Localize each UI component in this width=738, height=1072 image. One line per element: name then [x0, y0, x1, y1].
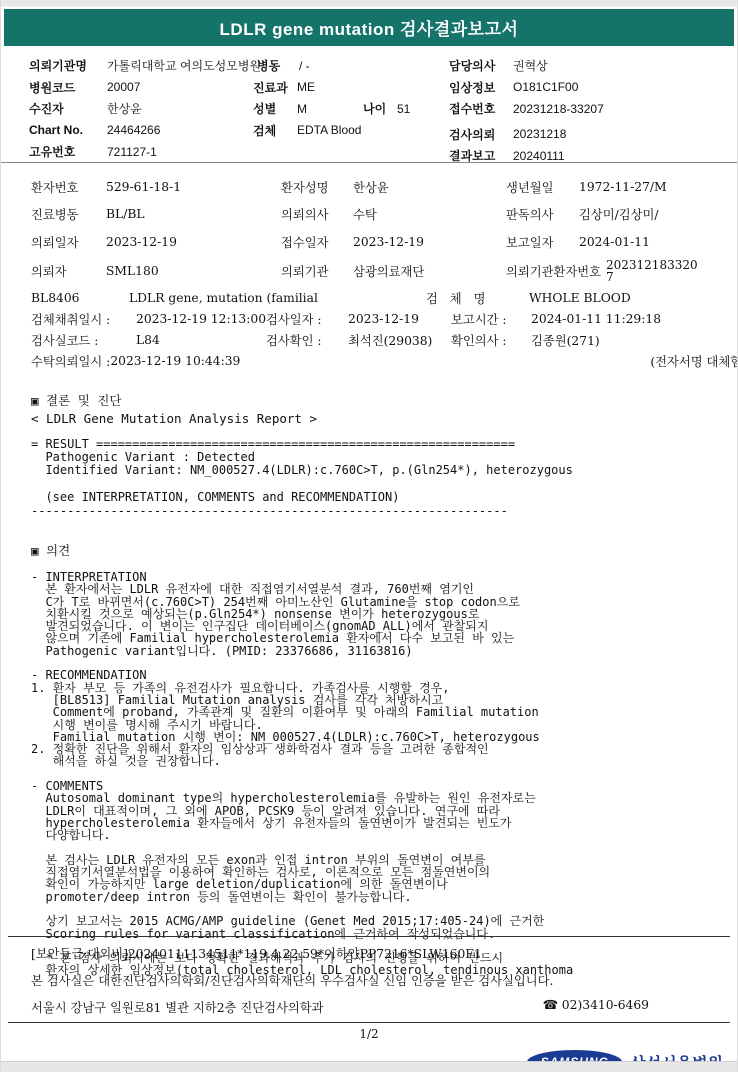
clinical-label: 임상정보 [449, 79, 513, 96]
recv-date-value: 2023-12-19 [353, 235, 506, 249]
ref-doc-label: 의뢰의사 [281, 205, 353, 223]
org-label: 의뢰기관명 [29, 57, 107, 74]
row-request-date: 검사의뢰 20231218 [449, 124, 737, 146]
patient-name-value: 한상윤 [353, 178, 506, 196]
row-uid: 고유번호 721127-1 [29, 141, 449, 163]
lab-code-value: L84 [136, 333, 266, 347]
report-label: 결과보고 [449, 147, 513, 164]
address-row: 서울시 강남구 일원로81 별관 지하2층 진단검사의학과 ☎ 02)3410-… [1, 998, 737, 1016]
security-line: [보안등급:대외비]20240111134511*119.4.22.59*이하얀… [1, 944, 737, 962]
receipt-label: 접수번호 [449, 100, 513, 117]
result-block: = RESULT ===============================… [31, 438, 737, 518]
chart-label: Chart No. [29, 123, 107, 137]
ref-doc-value: 수탁 [353, 205, 506, 223]
accreditation-line: 본 검사실은 대한진단검사의학회/진단검사의학재단의 우수검사실 신임 인증을 … [1, 971, 737, 989]
order-info-left: 의뢰기관명 가톨릭대학교 여의도성모병원 병동 / - 병원코드 20007 진… [29, 55, 449, 158]
dept-label: 진료과 [253, 79, 297, 96]
opinion-header: ▣ 의견 [31, 544, 737, 558]
rep-date-label: 보고일자 [506, 233, 579, 251]
row-report-date: 결과보고 20240111 [449, 145, 737, 167]
request-value: 20231218 [513, 127, 566, 141]
ward-value: BL/BL [106, 207, 281, 221]
specimen-label: 검체 [253, 122, 297, 139]
ward-value: / - [299, 59, 310, 73]
patient-name-label: 환자성명 [281, 178, 353, 196]
specimen-name-value: WHOLE BLOOD [529, 291, 631, 305]
conclusion-section: ▣ 결론 및 진단 < LDLR Gene Mutation Analysis … [1, 394, 737, 518]
conclusion-header: ▣ 결론 및 진단 [31, 394, 737, 408]
confirm-doc-label: 확인의사 : [451, 331, 531, 349]
patient-row-2: 진료병동 BL/BL 의뢰의사 수탁 판독의사 김상미/김상미/ [1, 201, 737, 229]
birth-label: 생년월일 [506, 178, 579, 196]
lab-code-label: 검사실코드 : [31, 331, 136, 349]
test-date-value: 2023-12-19 [348, 312, 451, 326]
requester-label: 의뢰자 [31, 262, 106, 280]
age-value: 51 [397, 102, 410, 116]
test-row-3: 검사실코드 : L84 검사확인 : 최석진(29038) 확인의사 : 김종원… [1, 330, 737, 351]
patient-row-4: 의뢰자 SML180 의뢰기관 삼광의료재단 의뢰기관환자번호 20231218… [1, 256, 737, 286]
ward-label: 병동 [257, 57, 299, 74]
patient-section: 환자번호 529-61-18-1 환자성명 한상윤 생년월일 1972-11-2… [1, 163, 737, 286]
collect-label: 검체채취일시 : [31, 310, 136, 328]
uid-value: 721127-1 [107, 145, 157, 159]
ward-label: 진료병동 [31, 205, 106, 223]
patient-no-value: 529-61-18-1 [106, 180, 281, 194]
consign-label: 수탁의뢰일시 : [31, 352, 110, 370]
uid-label: 고유번호 [29, 143, 107, 160]
row-clinical: 임상정보 O181C1F00 [449, 77, 737, 99]
report-value: 20240111 [513, 149, 565, 163]
requester-value: SML180 [106, 264, 281, 278]
patient-label: 수진자 [29, 100, 107, 117]
collect-value: 2023-12-19 12:13:00 [136, 312, 266, 326]
age-label: 나이 [363, 100, 397, 117]
analysis-report-title: < LDLR Gene Mutation Analysis Report > [31, 412, 737, 426]
hosp-code-label: 병원코드 [29, 79, 107, 96]
row-doctor: 담당의사 권혁상 [449, 55, 737, 77]
chart-value: 24464266 [107, 123, 253, 137]
req-date-label: 의뢰일자 [31, 233, 106, 251]
patient-no-label: 환자번호 [31, 178, 106, 196]
test-code: BL8406 [31, 291, 129, 305]
patient-row-3: 의뢰일자 2023-12-19 접수일자 2023-12-19 보고일자 202… [1, 228, 737, 256]
footer-divider-top [8, 936, 730, 937]
esign-note: (전자서명 대체함) [650, 352, 738, 370]
receipt-value: 20231218-33207 [513, 102, 604, 116]
verify-label: 검사확인 : [266, 331, 348, 349]
patient-value: 한상윤 [107, 100, 253, 117]
opinion-section: ▣ 의견 - INTERPRETATION 본 환자에서는 LDLR 유전자에 … [1, 544, 737, 977]
page-number: 1/2 [1, 1027, 737, 1041]
row-receipt: 접수번호 20231218-33207 [449, 98, 737, 120]
test-section: BL8406 LDLR gene, mutation (familial 검 체… [1, 288, 737, 372]
test-name: LDLR gene, mutation (familial [129, 291, 426, 305]
row-patient: 수진자 한상윤 성별 M 나이 51 [29, 98, 449, 120]
order-info-header: 의뢰기관명 가톨릭대학교 여의도성모병원 병동 / - 병원코드 20007 진… [1, 46, 737, 158]
top-strip [1, 0, 737, 7]
report-title: LDLR gene mutation 검사결과보고서 [220, 15, 519, 40]
dept-value: ME [297, 80, 315, 94]
specimen-name-label: 검 체 명 [426, 289, 529, 307]
consign-value: 2023-12-19 10:44:39 [110, 354, 240, 368]
report-title-bar: LDLR gene mutation 검사결과보고서 [4, 9, 734, 46]
ref-org-label: 의뢰기관 [281, 262, 353, 280]
sex-label: 성별 [253, 100, 297, 117]
footer-divider-bottom [8, 1022, 730, 1023]
test-date-label: 검사일자 : [266, 310, 348, 328]
ext-no-value: 2023121833207 [606, 259, 702, 283]
opinion-block: - INTERPRETATION 본 환자에서는 LDLR 유전자에 대한 직접… [31, 571, 737, 977]
lab-address: 서울시 강남구 일원로81 별관 지하2층 진단검사의학과 [31, 998, 323, 1016]
report-footer: [보안등급:대외비]20240111134511*119.4.22.59*이하얀… [1, 936, 737, 1072]
hosp-code-value: 20007 [107, 80, 253, 94]
confirm-doc-value: 김종원(271) [531, 331, 600, 349]
patient-row-1: 환자번호 529-61-18-1 환자성명 한상윤 생년월일 1972-11-2… [1, 173, 737, 201]
read-doc-value: 김상미/김상미/ [579, 205, 659, 223]
ref-org-value: 삼광의료재단 [353, 262, 506, 280]
org-value: 가톨릭대학교 여의도성모병원 [107, 57, 257, 74]
specimen-value: EDTA Blood [297, 123, 361, 137]
request-label: 검사의뢰 [449, 126, 513, 143]
test-row-1: BL8406 LDLR gene, mutation (familial 검 체… [1, 288, 737, 309]
recv-date-label: 접수일자 [281, 233, 353, 251]
req-date-value: 2023-12-19 [106, 235, 281, 249]
row-org: 의뢰기관명 가톨릭대학교 여의도성모병원 병동 / - [29, 55, 449, 77]
row-chart: Chart No. 24464266 검체 EDTA Blood [29, 120, 449, 142]
report-time-label: 보고시간 : [451, 310, 531, 328]
report-time-value: 2024-01-11 11:29:18 [531, 312, 661, 326]
test-row-2: 검체채취일시 : 2023-12-19 12:13:00 검사일자 : 2023… [1, 309, 737, 330]
lab-report-page: LDLR gene mutation 검사결과보고서 의뢰기관명 가톨릭대학교 … [0, 0, 738, 1072]
doctor-label: 담당의사 [449, 57, 513, 74]
order-info-right: 담당의사 권혁상 임상정보 O181C1F00 접수번호 20231218-33… [449, 55, 737, 158]
verify-value: 최석진(29038) [348, 331, 451, 349]
birth-value: 1972-11-27/M [579, 180, 667, 194]
doctor-value: 권혁상 [513, 57, 548, 74]
rep-date-value: 2024-01-11 [579, 235, 650, 249]
clinical-value: O181C1F00 [513, 80, 578, 94]
sex-value: M [297, 102, 363, 116]
lab-phone: ☎ 02)3410-6469 [543, 998, 649, 1016]
test-row-4: 수탁의뢰일시 : 2023-12-19 10:44:39 (전자서명 대체함) [1, 351, 737, 372]
row-hosp-code: 병원코드 20007 진료과 ME [29, 77, 449, 99]
bottom-strip [1, 1061, 737, 1072]
read-doc-label: 판독의사 [506, 205, 579, 223]
ext-no-label: 의뢰기관환자번호 [506, 262, 606, 280]
